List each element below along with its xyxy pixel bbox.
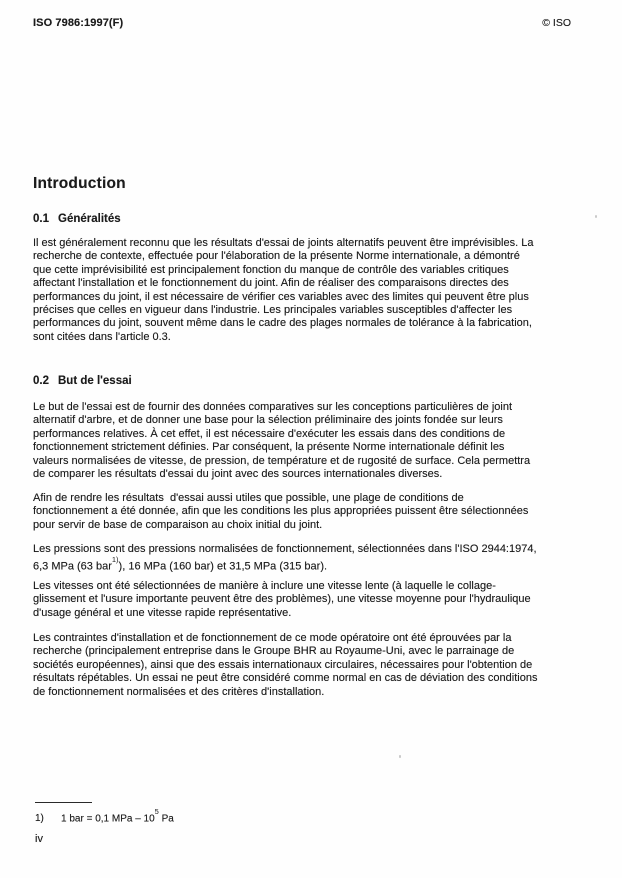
- paragraph-generalites: Il est généralement reconnu que les résu…: [33, 237, 533, 344]
- footnote-marker: 1): [35, 812, 61, 825]
- scan-artifact-speck: [595, 215, 597, 218]
- copyright-notice: © ISO: [542, 17, 571, 29]
- paragraph-but-objectif: Le but de l'essai est de fournir des don…: [33, 401, 530, 481]
- section-heading-but-de-lessai: 0.2But de l'essai: [33, 375, 132, 387]
- section-heading-generalites: 0.1Généralités: [33, 213, 121, 225]
- page-number: iv: [35, 833, 43, 845]
- section-title: Généralités: [58, 213, 121, 225]
- paragraph-conditions: Afin de rendre les résultats d'essai aus…: [33, 492, 528, 532]
- document-page: ISO 7986:1997(F) © ISO Introduction 0.1G…: [0, 0, 622, 878]
- paragraph-text: ), 16 MPa (160 bar) et 31,5 MPa (315 bar…: [119, 561, 328, 573]
- section-title: But de l'essai: [58, 375, 132, 387]
- footnote-text: Pa: [159, 813, 174, 824]
- footnote-reference-marker: 1): [112, 555, 119, 564]
- footnote-exponent: 5: [155, 807, 159, 816]
- paragraph-vitesses: Les vitesses ont été sélectionnées de ma…: [33, 580, 531, 620]
- paragraph-pressions: Les pressions sont des pressions normali…: [33, 543, 537, 574]
- scan-artifact-speck: [399, 755, 401, 758]
- section-number: 0.2: [33, 375, 49, 387]
- paragraph-contraintes: Les contraintes d'installation et de fon…: [33, 632, 537, 699]
- page-title: Introduction: [33, 175, 126, 193]
- footnote-text: 1 bar = 0,1 MPa – 10: [61, 813, 155, 824]
- footnote-separator-rule: [35, 802, 92, 803]
- section-number: 0.1: [33, 213, 49, 225]
- footnote: 1)1 bar = 0,1 MPa – 105 Pa: [35, 808, 174, 825]
- document-reference: ISO 7986:1997(F): [33, 17, 123, 29]
- page-header: ISO 7986:1997(F) © ISO: [33, 17, 571, 29]
